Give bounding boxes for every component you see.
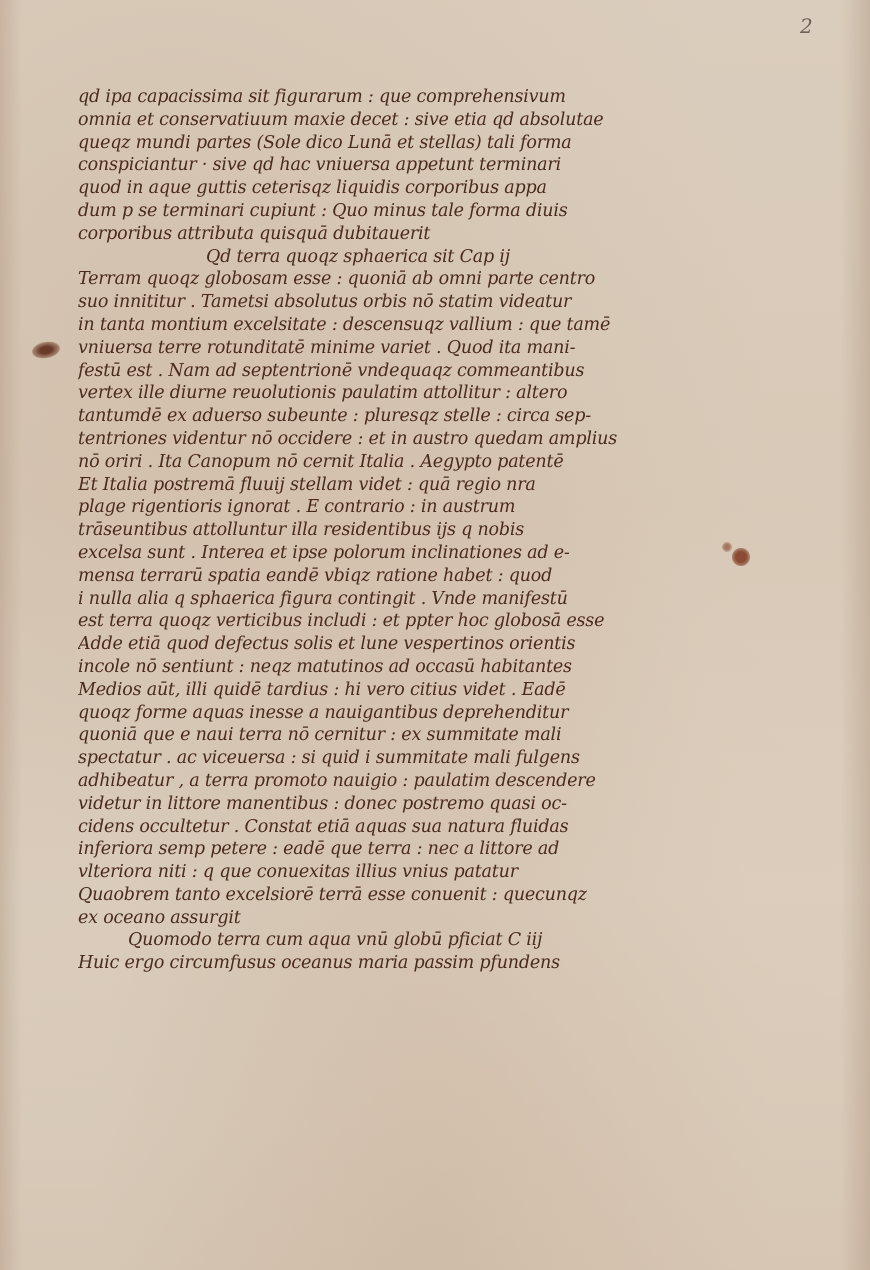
text-line: suo innititur . Tametsi absolutus orbis … xyxy=(78,291,638,314)
text-line: vniuersa terre rotunditatē minime variet… xyxy=(78,337,638,360)
text-line: inferiora semp petere : eadē que terra :… xyxy=(78,838,638,861)
text-line: Adde etiā quod defectus solis et lune ve… xyxy=(78,633,638,656)
text-line: quoniā que e naui terra nō cernitur : ex… xyxy=(78,724,638,747)
text-line: Huic ergo circumfusus oceanus maria pass… xyxy=(78,952,638,975)
text-line: corporibus attributa quisquā dubitauerit xyxy=(78,223,638,246)
ink-stain-left xyxy=(31,340,61,361)
text-line: mensa terrarū spatia eandē vbiqz ratione… xyxy=(78,565,638,588)
stain-right-large xyxy=(732,548,750,566)
text-line: in tanta montium excelsitate : descensuq… xyxy=(78,314,638,337)
text-line: quoqz forme aquas inesse a nauigantibus … xyxy=(78,702,638,725)
manuscript-page: 2 qd ipa capacissima sit figurarum : que… xyxy=(0,0,870,1270)
text-line: qd ipa capacissima sit figurarum : que c… xyxy=(78,86,638,109)
text-line: omnia et conservatiuum maxie decet : siv… xyxy=(78,109,638,132)
stain-right-small xyxy=(722,542,732,552)
text-line: incole nō sentiunt : neqz matutinos ad o… xyxy=(78,656,638,679)
text-line: cidens occultetur . Constat etiā aquas s… xyxy=(78,816,638,839)
chapter-heading: Qd terra quoqz sphaerica sit Cap ij xyxy=(78,246,638,269)
page-edge-right xyxy=(840,0,870,1270)
text-line: plage rigentioris ignorat . E contrario … xyxy=(78,496,638,519)
text-line: Medios aūt, illi quidē tardius : hi vero… xyxy=(78,679,638,702)
text-line: Terram quoqz globosam esse : quoniā ab o… xyxy=(78,268,638,291)
text-line: Et Italia postremā fluuij stellam videt … xyxy=(78,474,638,497)
manuscript-text-block: qd ipa capacissima sit figurarum : que c… xyxy=(78,86,638,975)
text-line: est terra quoqz verticibus includi : et … xyxy=(78,610,638,633)
text-line: queqz mundi partes (Sole dico Lunā et st… xyxy=(78,132,638,155)
text-line: spectatur . ac viceuersa : si quid i sum… xyxy=(78,747,638,770)
text-line: festū est . Nam ad septentrionē vndequaq… xyxy=(78,360,638,383)
text-line: vertex ille diurne reuolutionis paulatim… xyxy=(78,382,638,405)
page-edge-left xyxy=(0,0,22,1270)
text-line: conspiciantur · sive qd hac vniuersa app… xyxy=(78,154,638,177)
text-line: excelsa sunt . Interea et ipse polorum i… xyxy=(78,542,638,565)
text-line: i nulla alia q sphaerica figura contingi… xyxy=(78,588,638,611)
chapter-heading: Quomodo terra cum aqua vnū globū pficiat… xyxy=(78,929,638,952)
text-line: quod in aque guttis ceterisqz liquidis c… xyxy=(78,177,638,200)
text-line: adhibeatur , a terra promoto nauigio : p… xyxy=(78,770,638,793)
text-line: videtur in littore manentibus : donec po… xyxy=(78,793,638,816)
folio-number: 2 xyxy=(800,14,813,38)
text-line: tentriones videntur nō occidere : et in … xyxy=(78,428,638,451)
text-line: nō oriri . Ita Canopum nō cernit Italia … xyxy=(78,451,638,474)
text-line: dum p se terminari cupiunt : Quo minus t… xyxy=(78,200,638,223)
text-line: ex oceano assurgit xyxy=(78,907,638,930)
text-line: vlteriora niti : q que conuexitas illius… xyxy=(78,861,638,884)
text-line: Quaobrem tanto excelsiorē terrā esse con… xyxy=(78,884,638,907)
text-line: trāseuntibus attolluntur illa residentib… xyxy=(78,519,638,542)
text-line: tantumdē ex aduerso subeunte : pluresqz … xyxy=(78,405,638,428)
